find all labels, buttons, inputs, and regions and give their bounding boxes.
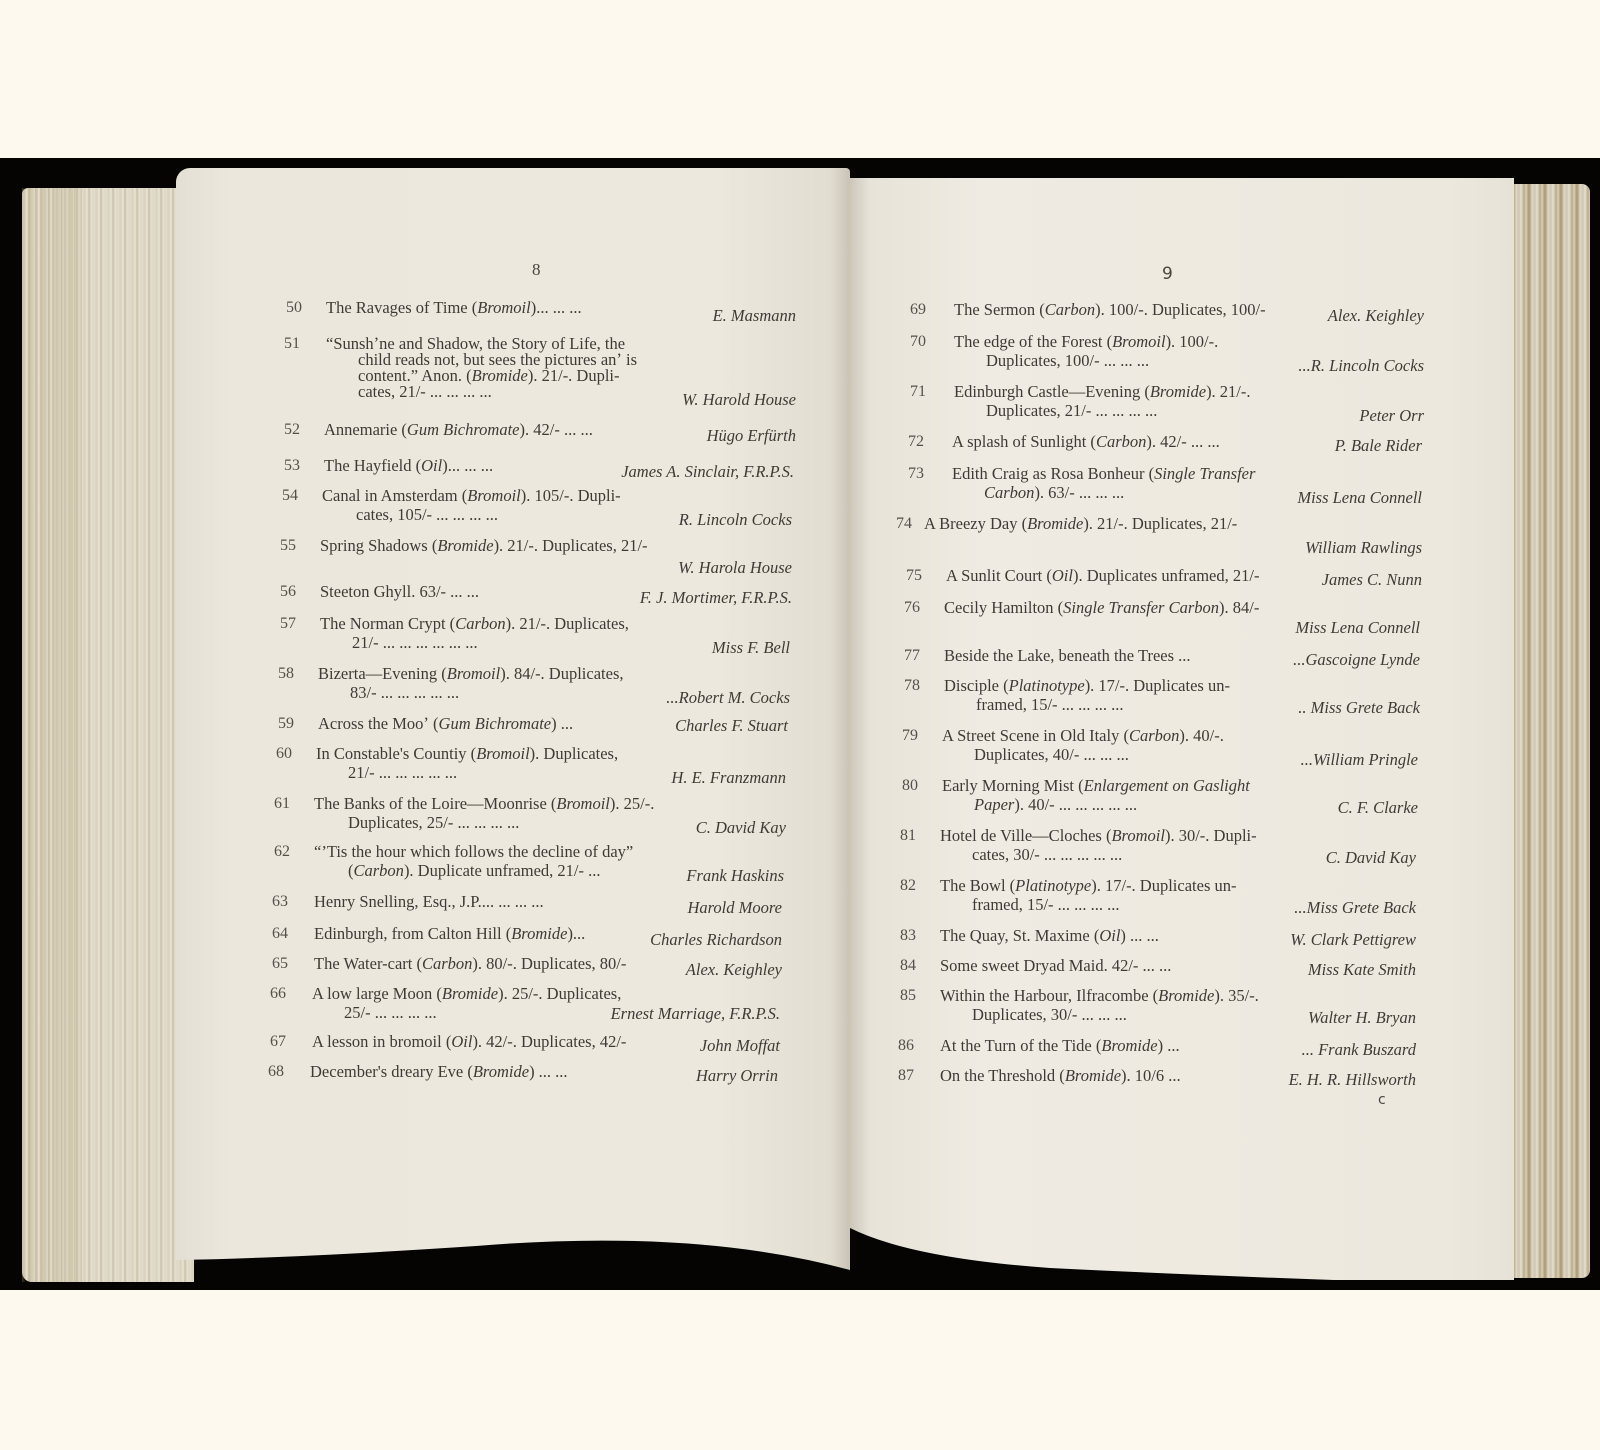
entry-title-line: The Norman Crypt (Carbon). 21/-. Duplica…: [320, 614, 629, 633]
entry-title-line: 21/- ... ... ... ... ... ...: [352, 633, 478, 652]
entry-artist: James C. Nunn: [1322, 570, 1422, 589]
entry-title-line: Paper). 40/- ... ... ... ... ...: [974, 795, 1137, 814]
entry-artist: Alex. Keighley: [1328, 306, 1424, 325]
entry-number: 51: [284, 334, 320, 353]
entry-number: 62: [274, 842, 310, 861]
entry-title-line: Beside the Lake, beneath the Trees ...: [944, 646, 1191, 665]
entry-number: 57: [280, 614, 316, 633]
entry-title-line: Duplicates, 25/- ... ... ... ...: [348, 813, 519, 832]
entry-title-line: cates, 21/- ... ... ... ...: [358, 382, 492, 401]
entry-number: 67: [270, 1032, 306, 1051]
entry-artist: Hügo Erfürth: [707, 426, 796, 445]
entry-artist: E. Masmann: [713, 306, 796, 325]
entry-number: 86: [898, 1036, 934, 1055]
book-fore-edge-left: [22, 188, 194, 1282]
entry-artist: W. Harola House: [678, 558, 792, 577]
entry-artist: James A. Sinclair, F.R.P.S.: [621, 462, 794, 481]
entry-artist: Harry Orrin: [696, 1066, 778, 1085]
page-left: 8 50 The Ravages of Time (Bromoil)... ..…: [176, 168, 850, 1270]
entry-title-line: “’Tis the hour which follows the decline…: [314, 842, 633, 861]
entry-artist: Frank Haskins: [686, 866, 784, 885]
entry-title-line: Duplicates, 30/- ... ... ...: [972, 1005, 1127, 1024]
entry-artist: C. David Kay: [696, 818, 786, 837]
entry-number: 68: [268, 1062, 304, 1081]
entry-title-line: The Quay, St. Maxime (Oil) ... ...: [940, 926, 1159, 945]
entry-title-line: A Breezy Day (Bromide). 21/-. Duplicates…: [924, 514, 1237, 533]
entry-title-line: Spring Shadows (Bromide). 21/-. Duplicat…: [320, 536, 648, 555]
entry-artist: ...R. Lincoln Cocks: [1298, 356, 1424, 375]
entry-number: 81: [900, 826, 936, 845]
entry-artist: ... Frank Buszard: [1302, 1040, 1416, 1059]
entry-artist: John Moffat: [700, 1036, 780, 1055]
entry-artist: H. E. Franzmann: [671, 768, 786, 787]
entry-title-line: (Carbon). Duplicate unframed, 21/- ...: [348, 861, 601, 880]
entry-title-line: 25/- ... ... ... ...: [344, 1003, 437, 1022]
entry-title-line: Bizerta—Evening (Bromoil). 84/-. Duplica…: [318, 664, 624, 683]
entry-number: 54: [282, 486, 318, 505]
entry-title-line: cates, 105/- ... ... ... ...: [356, 505, 498, 524]
entry-artist: Miss Kate Smith: [1308, 960, 1416, 979]
entry-title-line: A low large Moon (Bromide). 25/-. Duplic…: [312, 984, 621, 1003]
entry-artist: C. F. Clarke: [1338, 798, 1418, 817]
entry-title-line: The Water-cart (Carbon). 80/-. Duplicate…: [314, 954, 626, 973]
entry-number: 65: [272, 954, 308, 973]
entry-artist: W. Harold House: [682, 390, 796, 409]
entry-artist: ...Robert M. Cocks: [666, 688, 790, 707]
entry-artist: Walter H. Bryan: [1308, 1008, 1416, 1027]
entry-title-line: 21/- ... ... ... ... ...: [348, 763, 457, 782]
entry-number: 85: [900, 986, 936, 1005]
entry-number: 73: [908, 464, 944, 483]
entry-number: 66: [270, 984, 306, 1003]
entry-number: 52: [284, 420, 320, 439]
entry-artist: E. H. R. Hillsworth: [1289, 1070, 1416, 1089]
entry-artist: Alex. Keighley: [686, 960, 782, 979]
entry-title-line: Hotel de Ville—Cloches (Bromoil). 30/-. …: [940, 826, 1257, 845]
entry-number: 50: [286, 298, 322, 317]
entry-artist: P. Bale Rider: [1335, 436, 1422, 455]
page-right: 9 69 The Sermon (Carbon). 100/-. Duplica…: [850, 178, 1514, 1280]
entry-artist: ...Miss Grete Back: [1294, 898, 1416, 917]
entry-number: 80: [902, 776, 938, 795]
entry-title-line: Some sweet Dryad Maid. 42/- ... ...: [940, 956, 1171, 975]
entry-title-line: The Ravages of Time (Bromoil)... ... ...: [326, 298, 582, 317]
entry-title-line: Disciple (Platinotype). 17/-. Duplicates…: [944, 676, 1230, 695]
entry-number: 59: [278, 714, 314, 733]
entry-title-line: The Hayfield (Oil)... ... ...: [324, 456, 493, 475]
entry-artist: Miss Lena Connell: [1295, 618, 1420, 637]
entry-title-line: At the Turn of the Tide (Bromide) ...: [940, 1036, 1180, 1055]
entry-artist: Miss F. Bell: [712, 638, 790, 657]
entry-title-line: Canal in Amsterdam (Bromoil). 105/-. Dup…: [322, 486, 621, 505]
entry-title-line: 83/- ... ... ... ... ...: [350, 683, 459, 702]
entry-number: 61: [274, 794, 310, 813]
entry-artist: Ernest Marriage, F.R.P.S.: [611, 1004, 780, 1023]
entry-artist: F. J. Mortimer, F.R.P.S.: [640, 588, 792, 607]
entry-title-line: Carbon). 63/- ... ... ...: [984, 483, 1124, 502]
entry-title-line: A Sunlit Court (Oil). Duplicates unframe…: [946, 566, 1259, 585]
entry-number: 75: [906, 566, 942, 585]
entry-number: 58: [278, 664, 314, 683]
entry-number: 84: [900, 956, 936, 975]
entry-artist: ...William Pringle: [1301, 750, 1418, 769]
entry-number: 64: [272, 924, 308, 943]
entry-title-line: framed, 15/- ... ... ... ...: [972, 895, 1120, 914]
page-number: 8: [532, 260, 541, 280]
entry-artist: Charles Richardson: [650, 930, 782, 949]
entry-title-line: Edith Craig as Rosa Bonheur (Single Tran…: [952, 464, 1255, 483]
entry-number: 69: [910, 300, 946, 319]
page-number: 9: [1162, 264, 1173, 284]
entry-title-line: In Constable's Countiy (Bromoil). Duplic…: [316, 744, 618, 763]
entry-number: 63: [272, 892, 308, 911]
entry-number: 87: [898, 1066, 934, 1085]
entry-title-line: The Banks of the Loire—Moonrise (Bromoil…: [314, 794, 654, 813]
entry-title-line: The edge of the Forest (Bromoil). 100/-.: [954, 332, 1218, 351]
entry-number: 77: [904, 646, 940, 665]
entry-number: 53: [284, 456, 320, 475]
entry-title-line: Within the Harbour, Ilfracombe (Bromide)…: [940, 986, 1259, 1005]
entry-artist: W. Clark Pettigrew: [1290, 930, 1416, 949]
entry-title-line: Duplicates, 21/- ... ... ... ...: [986, 401, 1157, 420]
entry-number: 79: [902, 726, 938, 745]
entry-title-line: Duplicates, 100/- ... ... ...: [986, 351, 1149, 370]
entry-title-line: cates, 30/- ... ... ... ... ...: [972, 845, 1122, 864]
entry-title-line: Early Morning Mist (Enlargement on Gasli…: [942, 776, 1250, 795]
entry-number: 56: [280, 582, 316, 601]
entry-title-line: Across the Mooʼ (Gum Bichromate) ...: [318, 714, 573, 733]
entry-number: 60: [276, 744, 312, 763]
entry-number: 70: [910, 332, 946, 351]
entry-title-line: A splash of Sunlight (Carbon). 42/- ... …: [952, 432, 1220, 451]
entry-title-line: The Sermon (Carbon). 100/-. Duplicates, …: [954, 300, 1266, 319]
entry-number: 72: [908, 432, 944, 451]
entry-title-line: framed, 15/- ... ... ... ...: [976, 695, 1124, 714]
entry-title-line: Annemarie (Gum Bichromate). 42/- ... ...: [324, 420, 593, 439]
entry-artist: William Rawlings: [1305, 538, 1422, 557]
entry-number: 83: [900, 926, 936, 945]
signature-mark: c: [1378, 1092, 1386, 1108]
entry-number: 76: [904, 598, 940, 617]
entry-title-line: Edinburgh, from Calton Hill (Bromide)...: [314, 924, 585, 943]
entry-number: 78: [904, 676, 940, 695]
entry-title-line: On the Threshold (Bromide). 10/6 ...: [940, 1066, 1181, 1085]
entry-artist: Harold Moore: [687, 898, 782, 917]
entry-number: 55: [280, 536, 316, 555]
entry-title-line: Duplicates, 40/- ... ... ...: [974, 745, 1129, 764]
entry-title-line: A Street Scene in Old Italy (Carbon). 40…: [942, 726, 1224, 745]
entry-title-line: Edinburgh Castle—Evening (Bromide). 21/-…: [954, 382, 1251, 401]
entry-number: 71: [910, 382, 946, 401]
entry-title-line: The Bowl (Platinotype). 17/-. Duplicates…: [940, 876, 1237, 895]
entry-artist: Peter Orr: [1359, 406, 1424, 425]
entry-title-line: A lesson in bromoil (Oil). 42/-. Duplica…: [312, 1032, 626, 1051]
entry-title-line: Steeton Ghyll. 63/- ... ...: [320, 582, 479, 601]
entry-artist: C. David Kay: [1326, 848, 1416, 867]
entry-artist: R. Lincoln Cocks: [679, 510, 792, 529]
entry-artist: Miss Lena Connell: [1297, 488, 1422, 507]
entry-title-line: December's dreary Eve (Bromide) ... ...: [310, 1062, 568, 1081]
entry-title-line: Henry Snelling, Esq., J.P.... ... ... ..…: [314, 892, 544, 911]
entry-number: 82: [900, 876, 936, 895]
entry-title-line: Cecily Hamilton (Single Transfer Carbon)…: [944, 598, 1259, 617]
entry-artist: ...Gascoigne Lynde: [1293, 650, 1420, 669]
entry-artist: .. Miss Grete Back: [1298, 698, 1420, 717]
entry-artist: Charles F. Stuart: [675, 716, 788, 735]
